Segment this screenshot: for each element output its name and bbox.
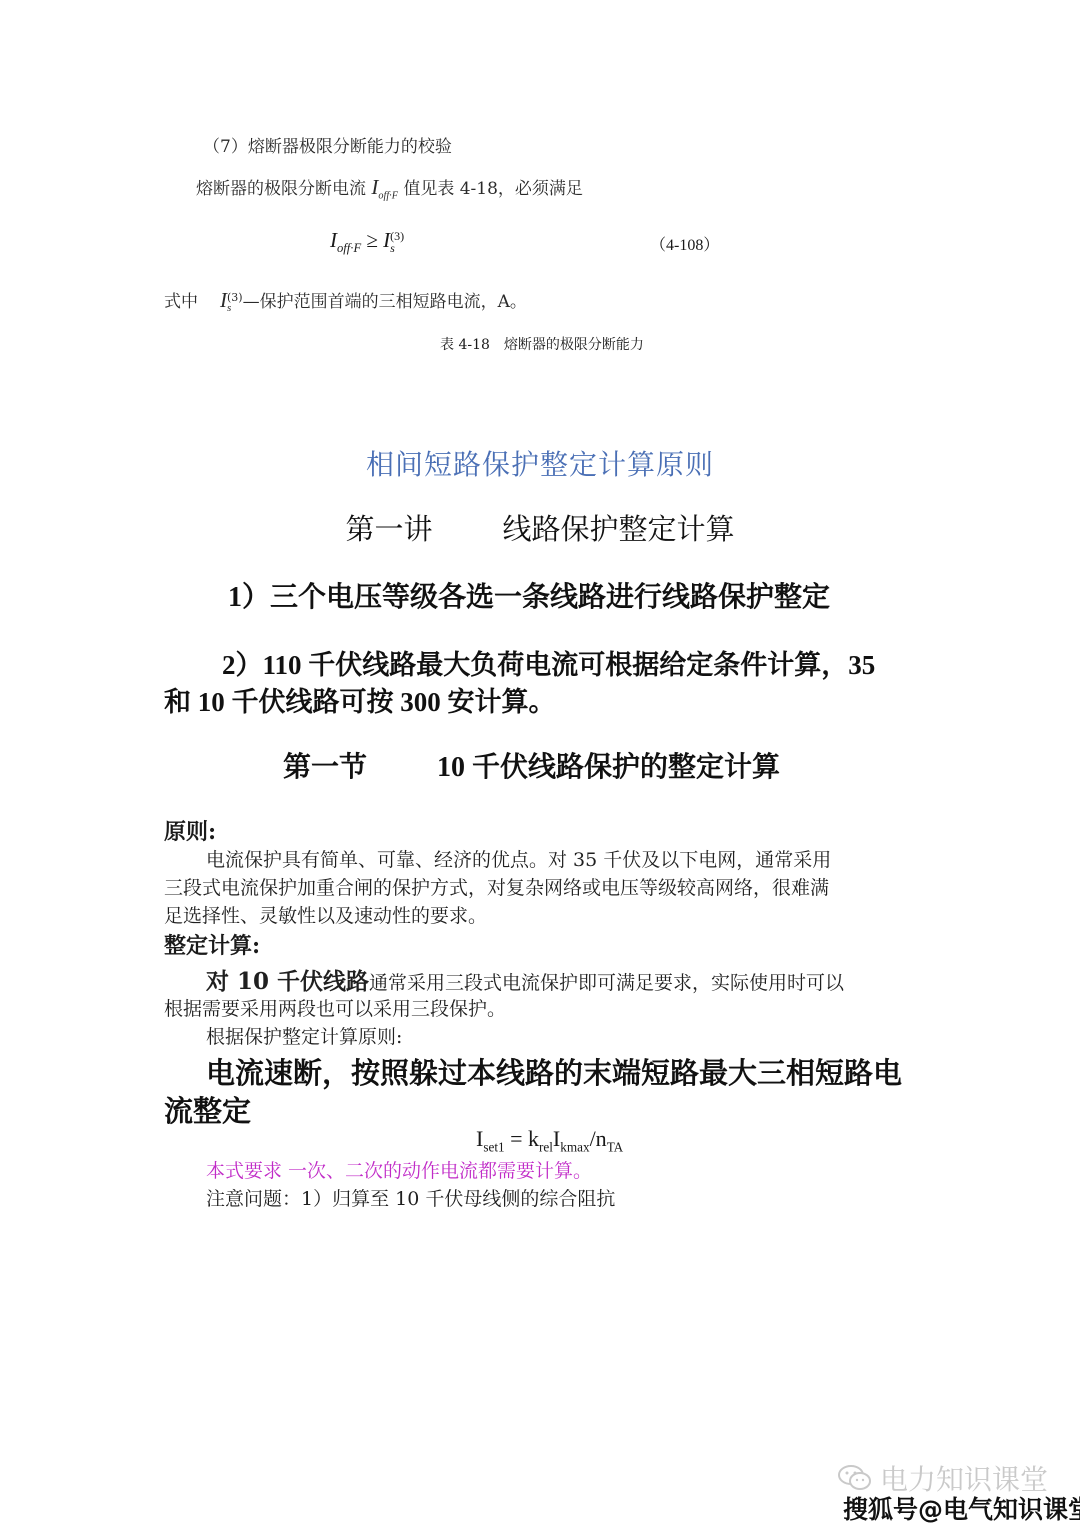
setting-formula: Iset1 = krelIkmax/nTA <box>476 1126 623 1155</box>
fuse-section-title: （7）熔断器极限分断能力的校验 <box>203 132 452 157</box>
principle-line-3: 足选择性、灵敏性以及速动性的要求。 <box>164 901 487 928</box>
quick-break-line-1: 电流速断，按照躲过本线路的末端短路最大三相短路电 <box>206 1051 902 1092</box>
attention-note: 注意问题：1）归算至 10 千伏母线侧的综合阻抗 <box>206 1184 615 1211</box>
point-1: 1）三个电压等级各选一条线路进行线路保护整定 <box>228 575 830 615</box>
calc-line-3: 根据保护整定计算原则: <box>206 1022 402 1049</box>
quick-break-line-2: 流整定 <box>164 1089 251 1130</box>
magenta-note: 本式要求 一次、二次的动作电流都需要计算。 <box>206 1156 592 1183</box>
fuse-formula: Ioff·F ≥ I(3)s <box>330 228 404 256</box>
point-2-line-1: 2）110 千伏线路最大负荷电流可根据给定条件计算，35 <box>222 643 875 682</box>
fuse-section-text: 熔断器的极限分断电流 Ioff·F 值见表 4-18，必须满足 <box>196 174 583 201</box>
table-caption: 表 4-18 熔断器的极限分断能力 <box>440 334 644 354</box>
calc-line-2: 根据需要采用两段也可以采用三段保护。 <box>164 994 506 1021</box>
formula-number: （4-108） <box>650 232 719 255</box>
watermark-sohu: 搜狐号@电气知识课堂 <box>843 1490 1080 1526</box>
point-2-line-2: 和 10 千伏线路可按 300 安计算。 <box>164 680 556 719</box>
blue-title: 相间短路保护整定计算原则 <box>0 443 1080 483</box>
section-title: 第一节10 千伏线路保护的整定计算 <box>283 745 780 785</box>
calc-heading: 整定计算: <box>164 929 260 960</box>
principle-heading: 原则: <box>164 815 216 846</box>
principle-line-2: 三段式电流保护加重合闸的保护方式，对复杂网络或电压等级较高网络，很难满 <box>164 873 829 900</box>
calc-line-1: 对 10 千伏线路通常采用三段式电流保护即可满足要求，实际使用时可以 <box>206 963 844 996</box>
where-definition: 式中I(3)s—保护范围首端的三相短路电流，A。 <box>164 287 527 314</box>
lecture-title: 第一讲线路保护整定计算 <box>0 507 1080 548</box>
principle-line-1: 电流保护具有简单、可靠、经济的优点。对 35 千伏及以下电网，通常采用 <box>206 845 831 872</box>
